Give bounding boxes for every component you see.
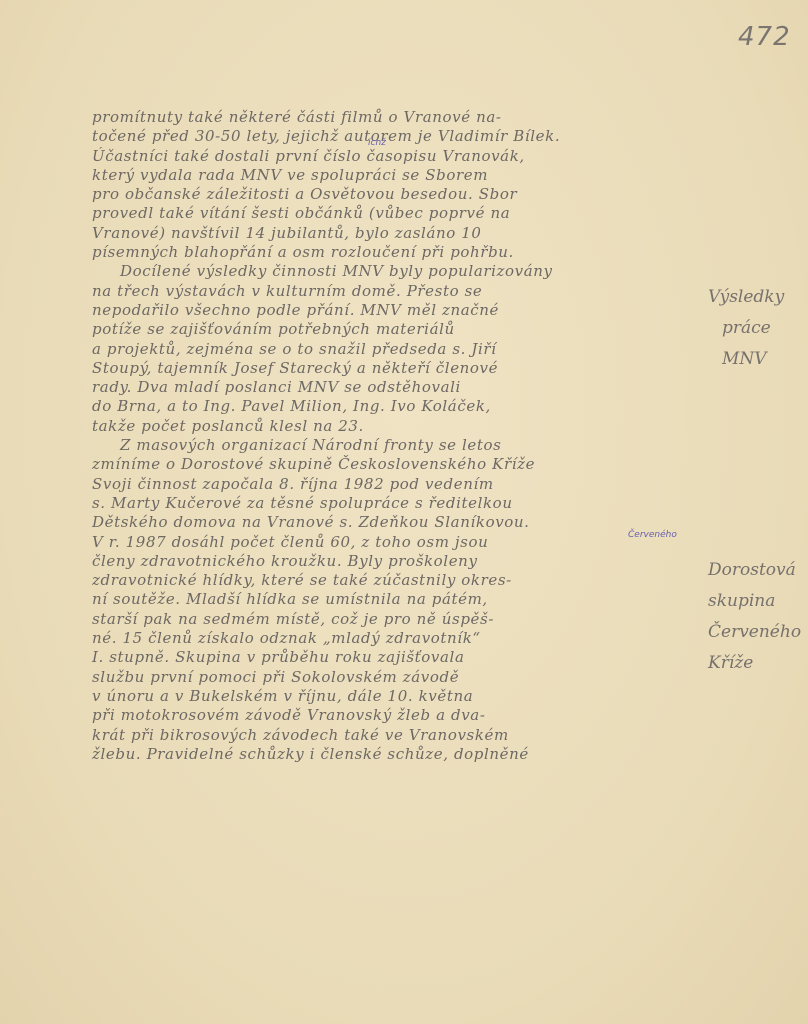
text-line: pro občanské záležitosti a Osvětovou bes… (92, 185, 712, 204)
text-line: Dětského domova na Vranové s. Zdeňkou Sl… (92, 513, 712, 532)
text-line: I. stupně. Skupina v průběhu roku zajišť… (92, 648, 712, 667)
text-line: žlebu. Pravidelné schůzky i členské schů… (92, 745, 712, 764)
text-line: krát při bikrosových závodech také ve Vr… (92, 726, 712, 745)
text-line: Stoupý, tajemník Josef Starecký a někteř… (92, 359, 712, 378)
text-line: členy zdravotnického kroužku. Byly prošk… (92, 552, 712, 571)
text-line: Účastníci také dostali první číslo časop… (92, 147, 712, 166)
margin-note-line: Dorostová (708, 555, 801, 586)
text-line: ní soutěže. Mladší hlídka se umístnila n… (92, 590, 712, 609)
text-line: takže počet poslanců klesl na 23. (92, 417, 712, 436)
text-line: zmíníme o Dorostové skupině Českoslovens… (92, 455, 712, 474)
text-line: s. Marty Kučerové za těsné spolupráce s … (92, 494, 712, 513)
purple-correction-jejichz: ichž (368, 138, 386, 148)
handwritten-body-text: promítnuty také některé části filmů o Vr… (92, 108, 712, 764)
text-line: v únoru a v Bukelském v říjnu, dále 10. … (92, 687, 712, 706)
text-line: rady. Dva mladí poslanci MNV se odstěhov… (92, 378, 712, 397)
text-line: při motokrosovém závodě Vranovský žleb a… (92, 706, 712, 725)
text-line: službu první pomoci při Sokolovském závo… (92, 668, 712, 687)
text-line: nepodařilo všechno podle přání. MNV měl … (92, 301, 712, 320)
margin-note-line: práce (708, 313, 784, 344)
text-line: né. 15 členů získalo odznak „mladý zdrav… (92, 629, 712, 648)
page-number: 472 (738, 22, 791, 52)
text-line: Vranové) navštívil 14 jubilantů, bylo za… (92, 224, 712, 243)
margin-note-line: Kříže (708, 648, 801, 679)
margin-note-line: skupina (708, 586, 801, 617)
text-line: potíže se zajišťováním potřebných materi… (92, 320, 712, 339)
margin-note-dorostova-skupina: Dorostová skupina Červeného Kříže (708, 555, 801, 679)
margin-note-line: Červeného (708, 617, 801, 648)
margin-note-line: Výsledky (708, 282, 784, 313)
text-line: V r. 1987 dosáhl počet členů 60, z toho … (92, 533, 712, 552)
text-line: Svoji činnost započala 8. října 1982 pod… (92, 475, 712, 494)
text-line: promítnuty také některé části filmů o Vr… (92, 108, 712, 127)
text-line: písemných blahopřání a osm rozloučení př… (92, 243, 712, 262)
paragraph-start-line: Z masových organizací Národní fronty se … (92, 436, 712, 455)
text-line: na třech výstavách v kulturním domě. Pře… (92, 282, 712, 301)
text-line: do Brna, a to Ing. Pavel Milion, Ing. Iv… (92, 397, 712, 416)
purple-correction-cerveneho: Červeného (628, 530, 677, 540)
margin-note-line: MNV (708, 344, 784, 375)
paragraph-start-line: Docílené výsledky činnosti MNV byly popu… (92, 262, 712, 281)
text-line: starší pak na sedmém místě, což je pro n… (92, 610, 712, 629)
text-line: a projektů, zejména se o to snažil předs… (92, 340, 712, 359)
margin-note-vysledky-prace-mnv: Výsledky práce MNV (708, 282, 784, 375)
text-line: zdravotnické hlídky, které se také zúčas… (92, 571, 712, 590)
text-line: který vydala rada MNV ve spolupráci se S… (92, 166, 712, 185)
text-line: provedl také vítání šesti občánků (vůbec… (92, 204, 712, 223)
text-line: točené před 30-50 lety, jejichž autorem … (92, 127, 712, 146)
